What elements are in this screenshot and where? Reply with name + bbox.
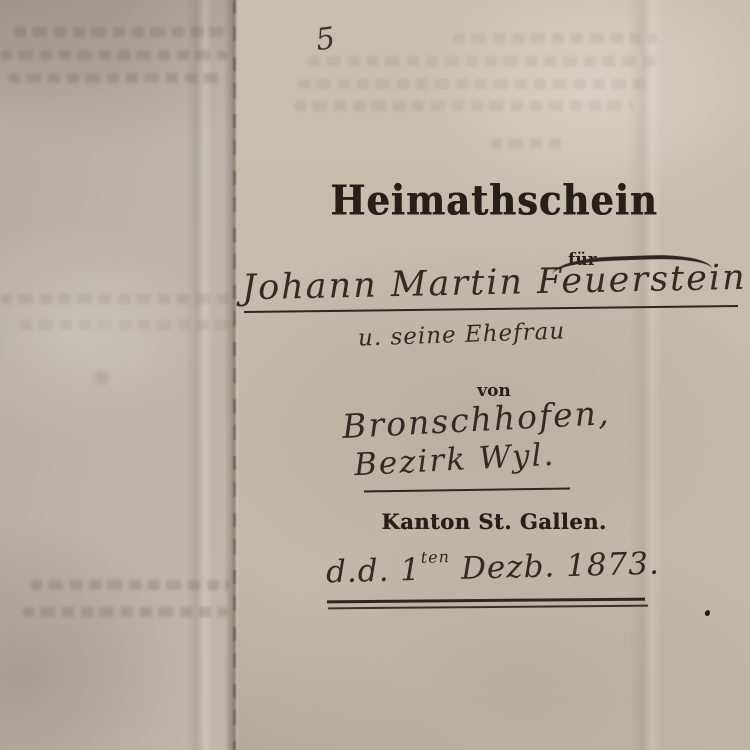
ink-blot: [704, 609, 711, 616]
date-ordinal-superscript: ten: [420, 547, 450, 567]
issue-date: d.d. 1ten Dezb. 1873.: [326, 546, 661, 591]
district-underline: [364, 488, 570, 493]
bleedthrough-text-line: [30, 580, 230, 590]
bleedthrough-text-line: [490, 138, 568, 148]
bleedthrough-text-line: [298, 79, 646, 89]
left-page-verso: [0, 0, 238, 750]
certificate-title: Heimathschein: [238, 175, 750, 224]
paper-stain: [88, 368, 114, 388]
date-part2: Dezb. 1873.: [450, 546, 661, 587]
handwritten-page-number: 5: [314, 21, 338, 58]
bleedthrough-text-line: [0, 50, 228, 60]
holder-addendum: u. seine Ehefrau: [358, 318, 566, 351]
bleedthrough-text-line: [453, 33, 658, 43]
vertical-crease: [186, 0, 212, 750]
bleedthrough-text-line: [22, 607, 228, 617]
canton-line: Kanton St. Gallen.: [238, 509, 750, 534]
bleedthrough-text-line: [14, 27, 226, 37]
bleedthrough-text-line: [8, 73, 226, 83]
photographed-document: 5 Heimathschein für Johann Martin Feuers…: [0, 0, 750, 750]
bleedthrough-text-line: [308, 56, 660, 66]
date-part1: d.d. 1: [326, 552, 422, 590]
bleedthrough-text-line: [294, 101, 634, 111]
title-page: 5 Heimathschein für Johann Martin Feuers…: [238, 0, 750, 750]
vertical-crease: [628, 0, 662, 750]
holder-name: Johann Martin Feuerstein: [242, 258, 747, 309]
